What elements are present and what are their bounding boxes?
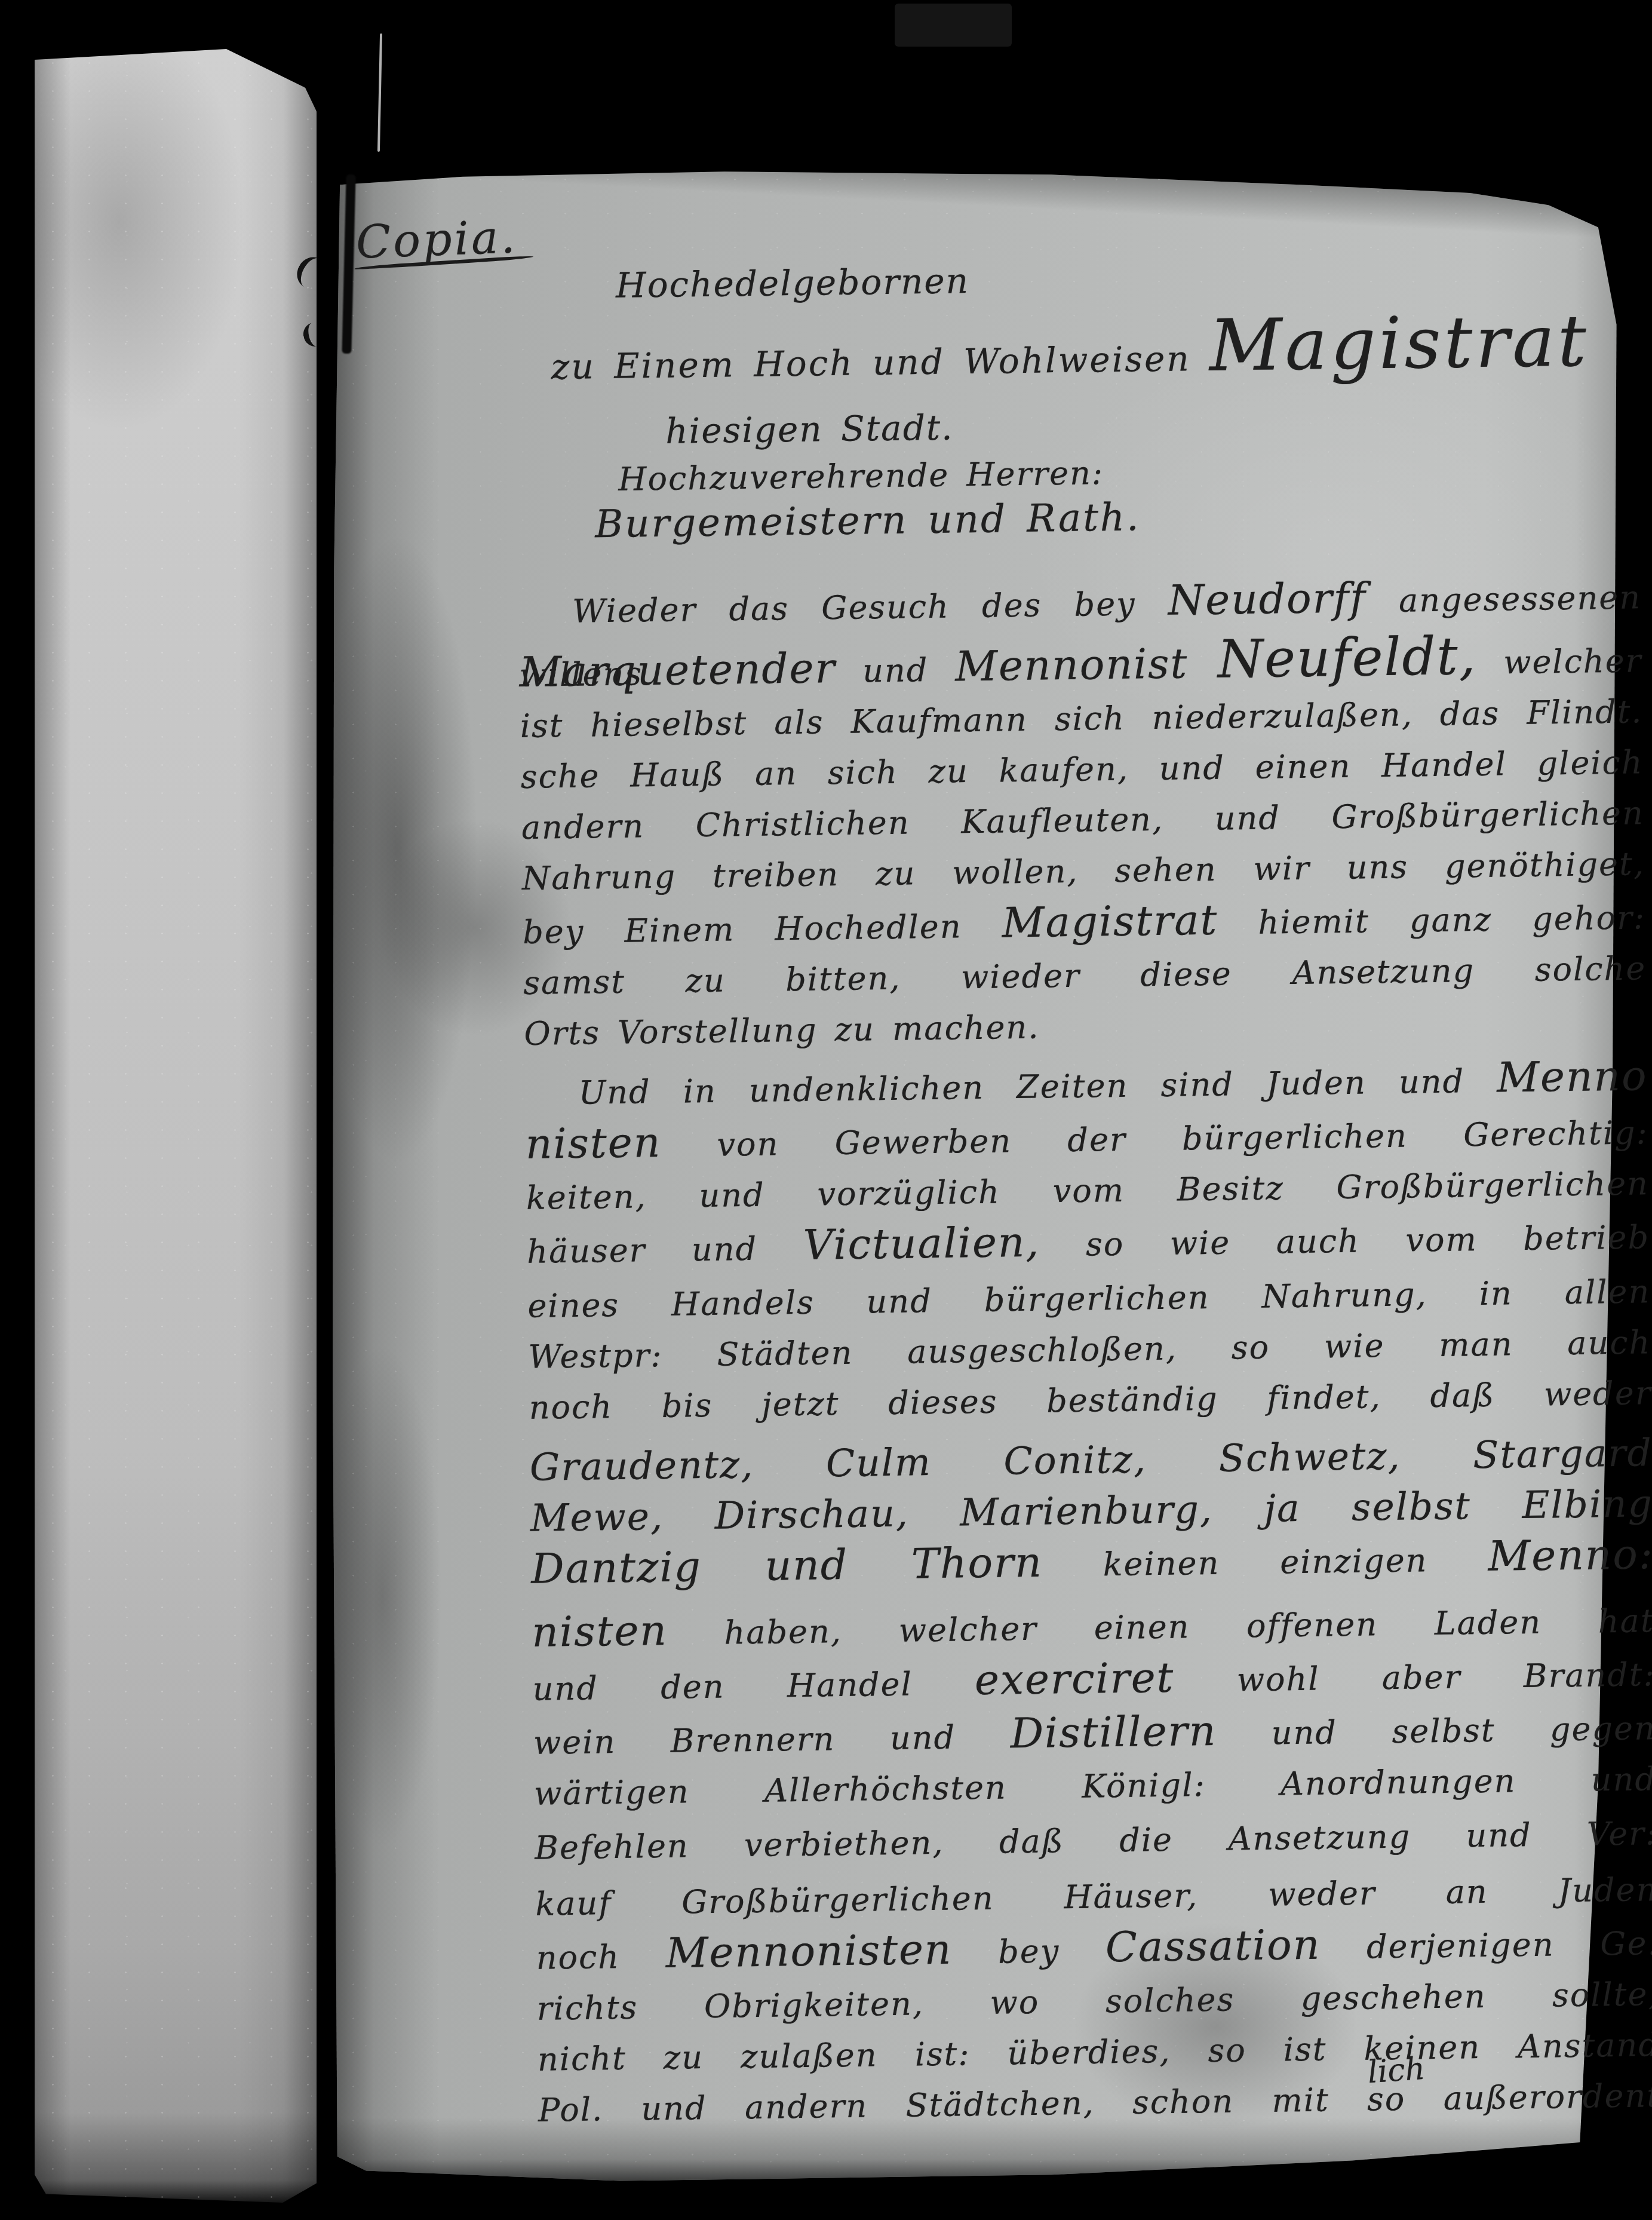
document-scan: Copia. Hochedelgebornenzu Einem Hoch und… xyxy=(0,0,1652,2220)
manuscript-text-run: und xyxy=(836,651,955,690)
manuscript-text-run: Wieder das Gesuch des bey xyxy=(572,585,1168,630)
manuscript-text-run: und selbst gegen xyxy=(1217,1709,1652,1753)
manuscript-text-run: Magistrat xyxy=(1002,897,1218,948)
manuscript-text-run: derjenigen Ge. xyxy=(1321,1924,1652,1966)
manuscript-text-run: Neufeldt, xyxy=(1217,625,1477,690)
manuscript-text-run: angesessenen xyxy=(1366,578,1641,620)
manuscript-text-run: Mennonist xyxy=(955,640,1218,691)
manuscript-text-run: Hochedelgebornen xyxy=(616,260,970,306)
manuscript-text-run: Cassation xyxy=(1105,1921,1321,1972)
manuscript-text-run: Hochzuverehrende Herren: xyxy=(618,454,1104,498)
sheet-edge-line xyxy=(377,33,382,152)
manuscript-text-run: wohl aber Brandt: xyxy=(1174,1655,1652,1700)
manuscript-text-run: und den Handel xyxy=(532,1664,975,1708)
manuscript-text-run: Magistrat xyxy=(1209,300,1590,387)
manuscript-text-run: bey Einem Hochedlen xyxy=(523,907,1002,951)
manuscript-text-run: Orts Vorstellung zu machen. xyxy=(524,1008,1040,1053)
manuscript-text-run: Victualien, xyxy=(803,1219,1040,1270)
manuscript-text-run: Dantzig und Thorn xyxy=(531,1539,1043,1593)
previous-page-edge xyxy=(35,49,317,2203)
copia-label: Copia. xyxy=(355,210,518,268)
manuscript-text-run: bey xyxy=(952,1931,1106,1971)
manuscript-text-run: Menno: xyxy=(1488,1531,1652,1581)
manuscript-text-run: keinen einzigen xyxy=(1042,1541,1488,1584)
scan-smudge xyxy=(895,4,1012,47)
manuscript-text-block: Hochedelgebornenzu Einem Hoch und Wohlwe… xyxy=(514,223,1652,2110)
manuscript-text-run: hiemit ganz gehor: xyxy=(1218,899,1646,942)
manuscript-text-run: Mennonisten xyxy=(665,1926,953,1977)
paper-texture xyxy=(35,49,317,2203)
manuscript-text-run: Neudorff xyxy=(1168,574,1367,624)
manuscript-text-run: nisten xyxy=(532,1607,668,1657)
manuscript-text-run: hiesigen Stadt. xyxy=(665,407,954,451)
catchword: lich xyxy=(1367,2051,1426,2091)
manuscript-text-run: nisten xyxy=(525,1119,661,1169)
manuscript-text-run: noch xyxy=(536,1937,666,1977)
manuscript-text-run: exerciret xyxy=(975,1654,1175,1704)
manuscript-text-run: Burgemeistern und Rath. xyxy=(595,495,1141,547)
manuscript-text-run: häuser und xyxy=(527,1229,803,1271)
manuscript-text-run: Distillern xyxy=(1010,1707,1217,1758)
manuscript-text-run: so wie auch vom betrieb xyxy=(1040,1218,1650,1264)
manuscript-text-run: Menno xyxy=(1497,1052,1648,1102)
manuscript-text-run: zu Einem Hoch und Wohlweisen xyxy=(551,338,1209,387)
manuscript-text-run: wein Brennern und xyxy=(533,1718,1011,1761)
